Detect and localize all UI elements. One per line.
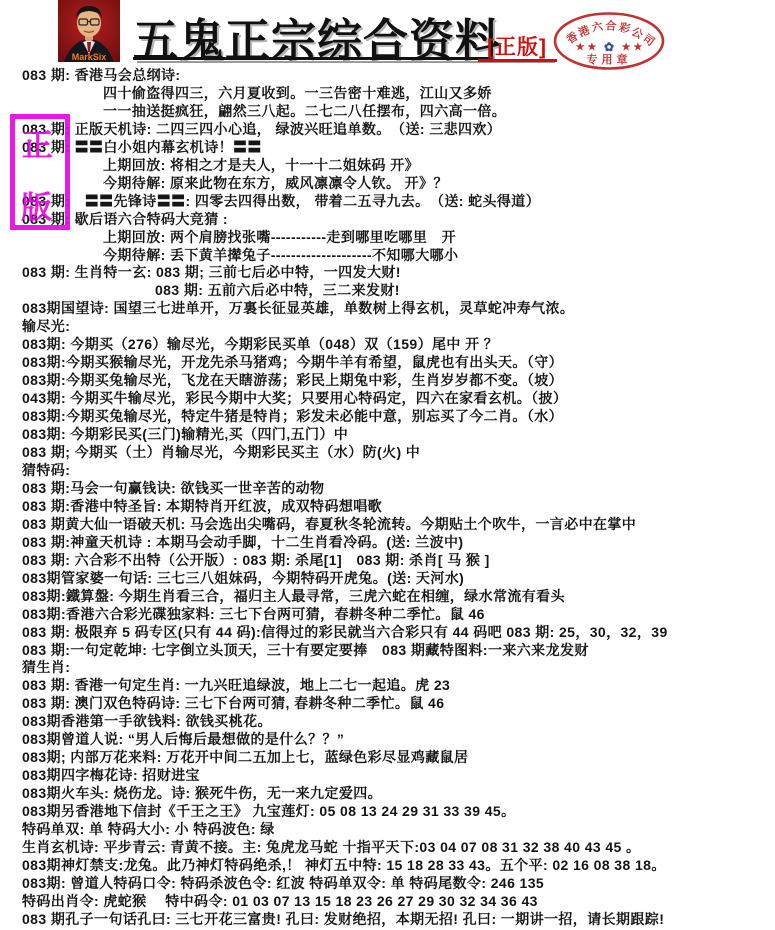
text-line: 083期:今期买猴输尽光，开龙先杀马猪鸡；今期牛羊有希望，鼠虎也有出头天。（守）	[0, 354, 775, 372]
text-line: 083期另香港地下信封《千王之王》 九宝莲灯: 05 08 13 24 29 3…	[0, 803, 775, 821]
content-lines: 083 期: 香港马会总纲诗:四十偷盗得四三，六月夏收到。一三告密十难逃，江山又…	[0, 67, 775, 929]
text-line: 083 期: 香港马会总纲诗:	[0, 67, 775, 85]
text-line: 特码出肖令: 虎蛇猴 特中码令: 01 03 07 13 15 18 23 26…	[0, 893, 775, 911]
text-line: 083 期黄大仙一语破天机: 马会选出尖嘴码，春夏秋冬轮流转。今期贴土个吹牛，一…	[0, 516, 775, 534]
stamp-stars-right: ★ ★	[622, 42, 643, 53]
text-line: 083期火车头: 烧伤龙。诗: 猴死牛伤，无一来九定爱四。	[0, 785, 775, 803]
text-line: 083期香港第一手欲钱料: 欲钱买桃花。	[0, 713, 775, 731]
text-line: 083期: 今期彩民买(三门)输精光,买（四门,五门）中	[0, 426, 775, 444]
text-line: 083 期: 香港一句定生肖: 一九兴旺追绿波，地上二七一起追。虎 23	[0, 677, 775, 695]
text-line: 083 期孔子一句话孔曰: 三七开花三富贵! 孔曰: 发财绝招，本期无招! 孔曰…	[0, 911, 775, 929]
text-line: 083 期: 歇后语六合特码大竞猜 :	[0, 211, 775, 229]
text-line: 083期:今期买兔输尽光，飞龙在天瞎游荡；彩民上期兔中彩，生肖岁岁都不变。（坡）	[0, 372, 775, 390]
text-line: 一一抽送挺疯狂，翩然三八起。二七二八任摆布，四六高一倍。	[0, 103, 775, 121]
text-line: 083 期:一句定乾坤: 七字倒立头顶天，三十有要定要捧 083 期藏特图料:一…	[0, 642, 775, 660]
text-line: 特码单双: 单 特码大小: 小 特码波色: 绿	[0, 821, 775, 839]
portrait-photo: MarkSix	[58, 0, 120, 62]
text-line: 083期国望诗: 国望三七进单开，万裏长征显英雄，单数树上得玄机，灵草蛇冲寿气浓…	[0, 300, 775, 318]
stamp-bottom-text: 专用章	[587, 52, 632, 66]
text-line: 083 期: 澳门双色特码诗: 三七下台两可猜, 春耕冬种二季忙。鼠 46	[0, 695, 775, 713]
stamp-stars-left: ★ ★	[576, 42, 597, 53]
text-line: 上期回放: 将相之才是夫人，十一十二姐妹码 开》	[0, 157, 775, 175]
text-line: 083 期:神童天机诗 : 本期马会动手脚，十二生肖看冷码。(送: 兰波中)	[0, 534, 775, 552]
text-line: 083期:鐵算盤: 今期生肖看三合，福归主人最寻常，三虎六蛇在相缠，绿水常流有看…	[0, 588, 775, 606]
text-line: 083 期: 〓〓先锋诗〓〓: 四零去四得出数， 带着二五寻九去。 （送: 蛇头…	[0, 193, 775, 211]
stamp-flower-icon: ✿	[604, 40, 614, 54]
photo-caption: MarkSix	[72, 52, 107, 62]
text-line: 083 期:香港中特圣旨: 本期特肖开红波，成双特码想唱歌	[0, 498, 775, 516]
header: MarkSix 五鬼正宗综合资料 [正版] 香港六合彩公司 ★ ★ ✿ ★ ★ …	[0, 0, 775, 66]
text-line: 083 期: 〓〓白小姐内幕玄机诗！〓〓	[0, 139, 775, 157]
side-edition-char-ban: 版	[21, 193, 52, 224]
company-stamp: 香港六合彩公司 ★ ★ ✿ ★ ★ 专用章	[552, 11, 666, 71]
text-line: 083期:香港六合彩光碟独家料: 三七下台两可猜，春耕冬种二季忙。鼠 46	[0, 606, 775, 624]
text-line: 083期; 内部万花来料: 万花开中间二五加上七，蓝绿色彩尽显鸡藏鼠居	[0, 749, 775, 767]
text-line: 083 期: 生肖特一玄: 083 期; 三前七后必中特，一四发大财!	[0, 264, 775, 282]
text-line: 083 期: 极限弃 5 码专区(只有 44 码):信得过的彩民就当六合彩只有 …	[0, 624, 775, 642]
text-line: 083 期:马会一句赢钱诀: 欲钱买一世辛苦的动物	[0, 480, 775, 498]
side-edition-box: 正 版	[10, 114, 70, 230]
text-line: 上期回放: 两个肩膀找张嘴-----------走到哪里吃哪里 开	[0, 229, 775, 247]
text-line: 083 期: 五前六后必中特，三二来发财!	[0, 282, 775, 300]
text-line: 猜特码:	[0, 462, 775, 480]
text-line: 输尽光:	[0, 318, 775, 336]
title-underline	[133, 57, 490, 60]
text-line: 猜生肖:	[0, 659, 775, 677]
text-line: 生肖玄机诗: 平步青云: 青黄不接。主: 兔虎龙马蛇 十指平天下:03 04 0…	[0, 839, 775, 857]
side-edition-char-zheng: 正	[22, 131, 53, 162]
text-line: 083期管家婆一句话: 三七三八姐妹码，今期特码开虎兔。(送: 天河水)	[0, 570, 775, 588]
text-line: 083 期: 六合彩不出特（公开版）: 083 期: 杀尾[1] 083 期: …	[0, 552, 775, 570]
text-line: 今期待解: 丢下黄羊撵兔子--------------------不知哪大哪小	[0, 247, 775, 265]
edition-tag: [正版]	[487, 31, 547, 61]
text-line: 083期: 今期买（276）输尽光，今期彩民买单（048）双（159）尾中 开 …	[0, 336, 775, 354]
text-line: 083 期; 今期买（土）肖输尽光，今期彩民买主（水）防(火) 中	[0, 444, 775, 462]
text-line: 083期四字梅花诗: 招财进宝	[0, 767, 775, 785]
text-line: 043期: 今期买牛输尽光，彩民今期中大奖；只要用心特码定，四六在家看玄机。（披…	[0, 390, 775, 408]
text-line: 今期待解: 原来此物在东方，威风凛凛令人钦。 开》？	[0, 175, 775, 193]
text-line: 四十偷盗得四三，六月夏收到。一三告密十难逃，江山又多娇	[0, 85, 775, 103]
text-line: 083期: 曾道人特码口令: 特码杀波色令: 红波 特码单双令: 单 特码尾数令…	[0, 875, 775, 893]
text-line: 083期曾道人说: “男人后悔后最想做的是什么？？”	[0, 731, 775, 749]
text-line: 083期神灯禁支:龙兔。此乃神灯特码绝杀,！ 神灯五中特: 15 18 28 3…	[0, 857, 775, 875]
text-line: 083期:今期买兔输尽光，特定牛猪是特肖；彩发未必能中意，别忘买了今二肖。（水）	[0, 408, 775, 426]
text-line: 083 期: 正版天机诗: 二四三四小心追， 绿波兴旺追单数。 （送: 三悲四欢…	[0, 121, 775, 139]
